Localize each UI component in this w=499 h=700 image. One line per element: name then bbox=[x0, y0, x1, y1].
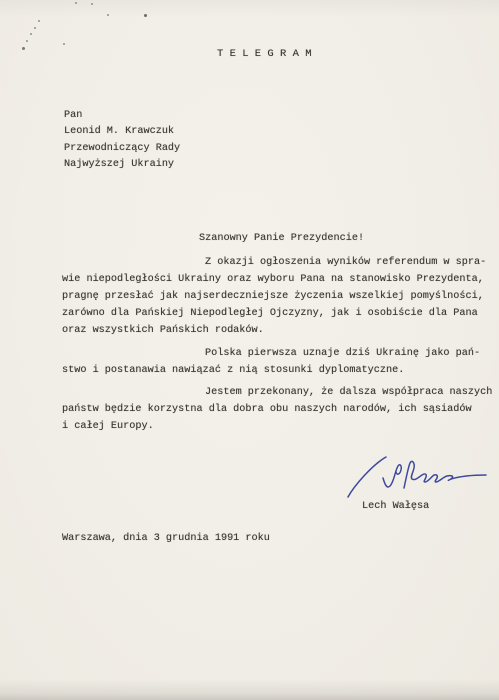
scan-speck bbox=[107, 14, 109, 16]
dateline: Warszawa, dnia 3 grudnia 1991 roku bbox=[62, 530, 270, 547]
body-paragraph-2: Polska pierwsza uznaje dziś Ukrainę jako… bbox=[62, 345, 480, 379]
salutation: Szanowny Panie Prezydencie! bbox=[199, 230, 364, 247]
signature-typed-name: Lech Wałęsa bbox=[362, 498, 429, 515]
document-title: T E L E G R A M bbox=[217, 46, 312, 63]
scan-speck bbox=[22, 47, 25, 50]
scan-speck bbox=[91, 3, 93, 5]
scan-speck bbox=[63, 43, 65, 45]
signature-stroke bbox=[383, 465, 401, 487]
scan-speck bbox=[30, 33, 32, 35]
telegram-document: T E L E G R A M Pan Leonid M. Krawczuk P… bbox=[0, 0, 499, 700]
body-paragraph-1: Z okazji ogłoszenia wyników referendum w… bbox=[62, 254, 486, 339]
scan-speck bbox=[144, 14, 147, 17]
scan-speck bbox=[38, 20, 40, 22]
body-paragraph-3: Jestem przekonany, że dalsza współpraca … bbox=[62, 384, 492, 435]
signature-stroke bbox=[404, 461, 453, 488]
signature-stroke bbox=[348, 457, 386, 497]
recipient-address-block: Pan Leonid M. Krawczuk Przewodniczący Ra… bbox=[64, 108, 180, 174]
scan-speck bbox=[75, 2, 77, 4]
scan-speck bbox=[34, 27, 36, 29]
scan-speck bbox=[26, 40, 28, 42]
signature-stroke bbox=[451, 475, 486, 479]
